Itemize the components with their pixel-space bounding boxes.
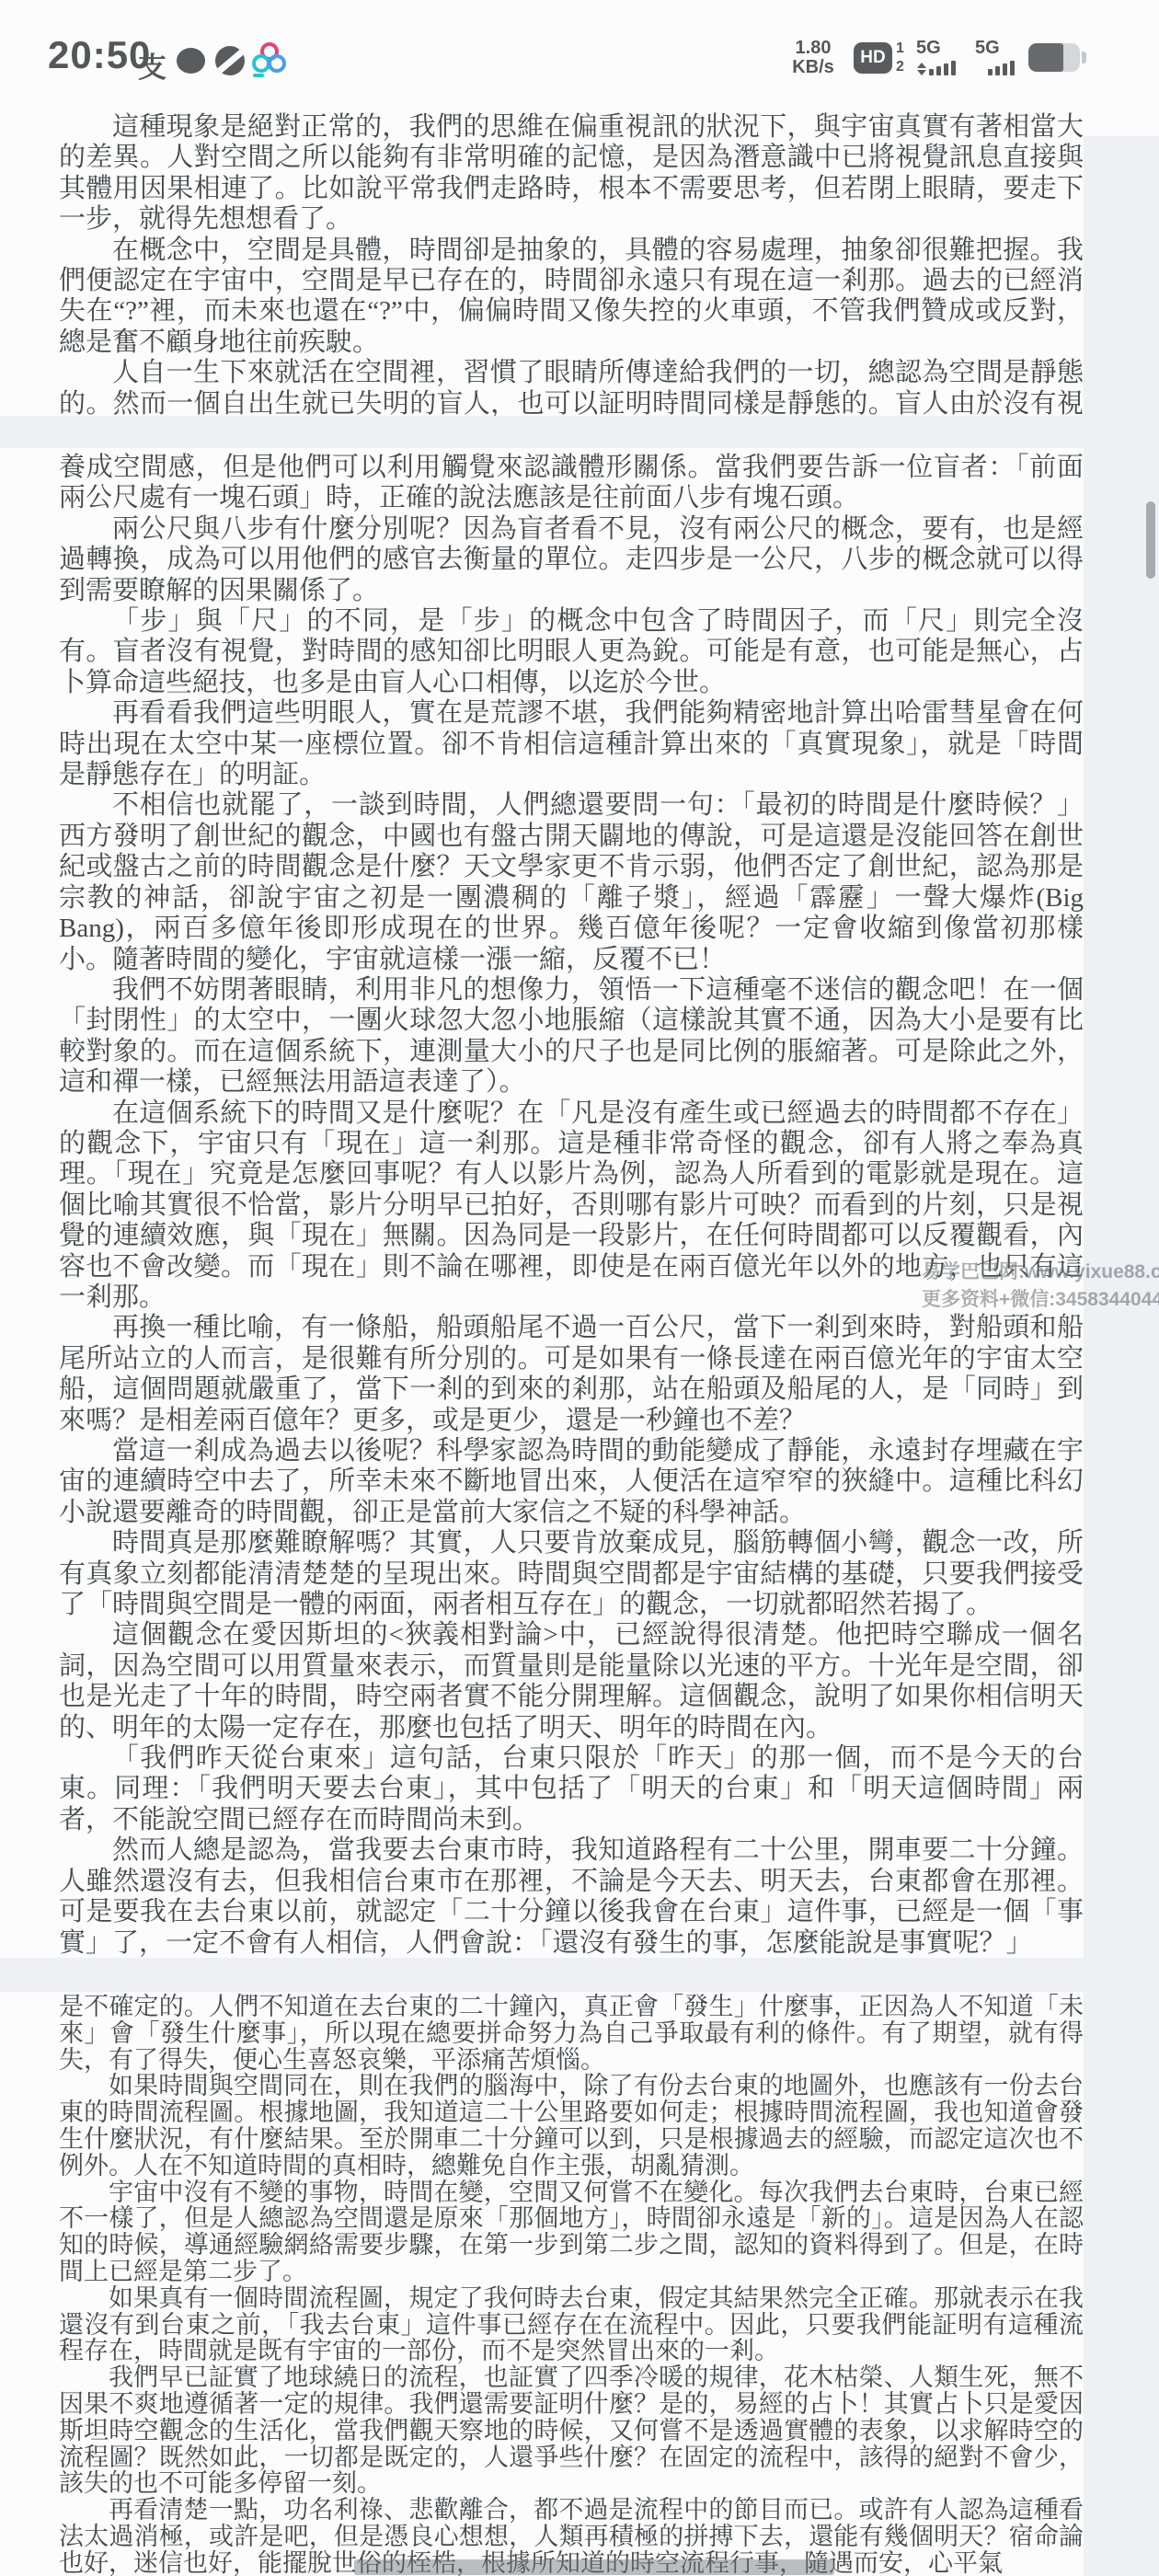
paragraph: 我們不妨閉著眼睛，利用非凡的想像力，領悟一下這種毫不迷信的觀念吧！在一個「封閉性… (59, 975, 1084, 1098)
paragraph: 如果真有一個時間流程圖，規定了我何時去台東，假定其結果然完全正確。那就表示在我還… (59, 2285, 1084, 2364)
download-arrow-icon (917, 70, 926, 75)
status-bar: 20:50 支 1.80 KB/s HD 1 2 5G (0, 0, 1159, 101)
paragraph: 這個觀念在愛因斯坦的<狹義相對論>中，已經說得很清楚。他把時空聯成一個名詞，因為… (59, 1620, 1084, 1743)
signal-bar (951, 61, 956, 75)
paragraph: 「我們昨天從台東來」這句話，台東只限於「昨天」的那一個，而不是今天的台東。同理：… (59, 1743, 1084, 1835)
colorful-app-notification-icon (252, 42, 287, 77)
scanned-page-2: 養成空間感，但是他們可以利用觸覺來認識體形關係。當我們要告訴一位盲者：「前面兩公… (0, 448, 1084, 1958)
scanned-page-3: 是不確定的。人們不知道在去台東的二十鐘內，真正會「發生」什麼事，正因為人不知道「… (0, 1992, 1084, 2576)
battery-fill (1028, 43, 1063, 72)
watermark-site: 易学巴巴网:www.yixue88.cn (922, 1259, 1159, 1286)
network-speed-value: 1.80 (784, 39, 843, 58)
paragraph: 如果時間與空間同在，則在我們的腦海中，除了有份去台東的地圖外，也應該有一份去台東… (59, 2073, 1084, 2179)
paragraph: 再換一種比喻，有一條船，船頭船尾不過一百公尺，當下一剎到來時，對船頭和船尾所站立… (59, 1313, 1084, 1436)
paragraph: 在概念中，空間是具體，時間卻是抽象的，具體的容易處理，抽象卻很難把握。我們便認定… (59, 236, 1084, 359)
paragraph: 人自一生下來就活在空間裡，習慣了眼睛所傳達給我們的一切，總認為空間是靜態的。然而… (59, 358, 1084, 416)
signal-sim2: 5G (975, 39, 1027, 75)
upload-arrow-icon (917, 63, 926, 68)
paragraph: 宇宙中沒有不變的事物，時間在變，空間又何嘗不在變化。每次我們去台東時，台東已經不… (59, 2179, 1084, 2285)
signal-bar (988, 69, 993, 75)
clock: 20:50 (48, 33, 151, 77)
signal-bar (944, 63, 948, 75)
battery-nub (1082, 52, 1086, 63)
paragraph: 當這一剎成為過去以後呢？科學家認為時間的動能變成了靜能，永遠封存埋藏在宇宙的連續… (59, 1436, 1084, 1528)
sim2-number: 2 (896, 58, 904, 76)
paragraph: 不相信也就罷了，一談到時間，人們總還要問一句：「最初的時間是什麼時候？」西方發明… (59, 790, 1084, 974)
paragraph: 養成空間感，但是他們可以利用觸覺來認識體形關係。當我們要告訴一位盲者：「前面兩公… (59, 453, 1084, 514)
paragraph: 我們早已証實了地球繞日的流程，也証實了四季冷暖的規律，花木枯榮、人類生死，無不因… (59, 2364, 1084, 2497)
watermark: 易学巴巴网:www.yixue88.cn 更多资料+微信:3458344044 (922, 1259, 1159, 1314)
globe-slash (215, 46, 245, 75)
hd-voice-icon: HD (854, 42, 892, 74)
bubble-tail (178, 63, 197, 82)
data-activity-arrows-icon (917, 63, 926, 75)
network-speed-unit: KB/s (784, 58, 843, 77)
paragraph: 「步」與「尺」的不同，是「步」的概念中包含了時間因子，而「尺」則完全沒有。盲者沒… (59, 606, 1084, 698)
signal-bar (1010, 61, 1015, 75)
signal-bar (995, 66, 1000, 75)
paragraph: 時間真是那麼難瞭解嗎？其實，人只要肯放棄成見，腦筋轉個小彎，觀念一改，所有真象立… (59, 1528, 1084, 1620)
network-speed: 1.80 KB/s (784, 39, 843, 77)
browser-notification-icon (215, 46, 245, 75)
paragraph: 這種現象是絕對正常的，我們的思維在偏重視訊的狀況下，與宇宙真實有著相當大的差異。… (59, 112, 1084, 236)
signal-bars-sim1 (929, 60, 968, 75)
signal-bar (936, 66, 941, 75)
sim-slot-numbers: 1 2 (896, 40, 904, 76)
network-type-sim1: 5G (916, 39, 968, 57)
page-3-text: 是不確定的。人們不知道在去台東的二十鐘內，真正會「發生」什麼事，正因為人不知道「… (59, 1992, 1084, 2576)
paragraph: 再看看我們這些明眼人，實在是荒謬不堪，我們能夠精密地計算出哈雷彗星會在何時出現在… (59, 698, 1084, 790)
message-bubble-icon (177, 48, 205, 74)
sim1-number: 1 (896, 40, 904, 58)
signal-bars-sim2 (988, 60, 1027, 75)
scrollbar-thumb[interactable] (1146, 501, 1155, 579)
text-highlight-bar (354, 2559, 834, 2575)
paragraph: 然而人總是認為，當我要去台東市時，我知道路程有二十公里，開車要二十分鐘。人雖然還… (59, 1835, 1084, 1958)
paragraph: 兩公尺與八步有什麼分別呢？因為盲者看不見，沒有兩公尺的概念，要有，也是經過轉換，… (59, 514, 1084, 606)
blue-ring-icon (268, 54, 286, 73)
watermark-contact: 更多资料+微信:3458344044 (922, 1286, 1159, 1314)
phone-screen: 這種現象是絕對正常的，我們的思維在偏重視訊的狀況下，與宇宙真實有著相當大的差異。… (0, 0, 1159, 2576)
alipay-notification-icon: 支 (138, 44, 166, 86)
network-type-sim2: 5G (975, 39, 1027, 57)
page-2-text: 養成空間感，但是他們可以利用觸覺來認識體形關係。當我們要告訴一位盲者：「前面兩公… (59, 448, 1084, 1958)
battery-icon (1028, 43, 1080, 72)
signal-bar (1003, 63, 1007, 75)
cyan-dash-icon (253, 74, 264, 77)
paragraph: 是不確定的。人們不知道在去台東的二十鐘內，真正會「發生」什麼事，正因為人不知道「… (59, 1994, 1084, 2073)
signal-bar (929, 69, 934, 75)
signal-sim1: 5G (916, 39, 968, 75)
